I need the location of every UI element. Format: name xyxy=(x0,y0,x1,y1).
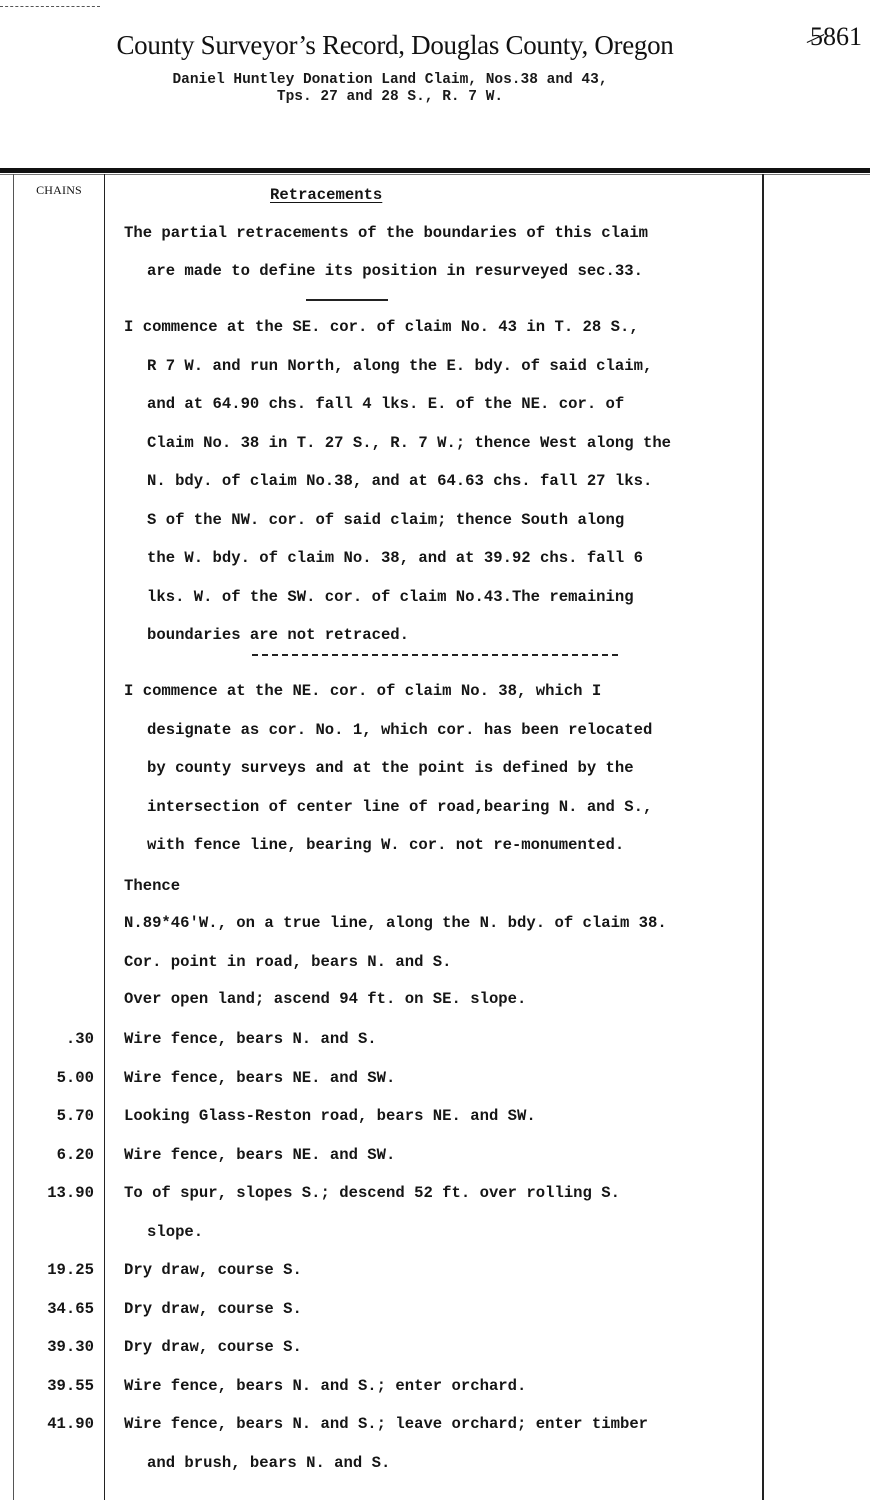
paragraph-line: the W. bdy. of claim No. 38, and at 39.9… xyxy=(147,549,643,567)
chains-column-divider xyxy=(104,174,105,1500)
field-entry: Wire fence, bears N. and S. xyxy=(124,1030,377,1048)
field-entry: Looking Glass-Reston road, bears NE. and… xyxy=(124,1107,536,1125)
intro-line: The partial retracements of the boundari… xyxy=(124,224,648,242)
field-entry: Wire fence, bears N. and S.; enter orcha… xyxy=(124,1377,526,1395)
field-entry: Wire fence, bears NE. and SW. xyxy=(124,1146,395,1164)
chains-value: 19.25 xyxy=(47,1261,94,1279)
chains-value: 6.20 xyxy=(57,1146,94,1164)
field-entry: Dry draw, course S. xyxy=(124,1300,302,1318)
paragraph-line: and at 64.90 chs. fall 4 lks. E. of the … xyxy=(147,395,624,413)
struck-digit: 5 xyxy=(810,22,823,51)
paragraph-line: N. bdy. of claim No.38, and at 64.63 chs… xyxy=(147,472,652,490)
field-entry: Dry draw, course S. xyxy=(124,1261,302,1279)
table-top-rule xyxy=(0,168,870,173)
chains-value: 5.70 xyxy=(57,1107,94,1125)
section-title: Retracements xyxy=(270,186,382,204)
chains-value: .30 xyxy=(66,1030,94,1048)
paragraph-line: intersection of center line of road,bear… xyxy=(147,798,652,816)
section-divider-solid xyxy=(306,299,388,301)
paragraph-line: designate as cor. No. 1, which cor. has … xyxy=(147,721,652,739)
table-top-rule-thin xyxy=(0,174,870,175)
paragraph-line: boundaries are not retraced. xyxy=(147,626,409,644)
paragraph-line: Claim No. 38 in T. 27 S., R. 7 W.; thenc… xyxy=(147,434,671,452)
chains-value: 5.00 xyxy=(57,1069,94,1087)
open-land-line: Over open land; ascend 94 ft. on SE. slo… xyxy=(124,990,526,1008)
right-margin-line xyxy=(762,174,764,1500)
chains-value: 39.55 xyxy=(47,1377,94,1395)
paragraph-line: I commence at the SE. cor. of claim No. … xyxy=(124,318,639,336)
paragraph-line: I commence at the NE. cor. of claim No. … xyxy=(124,682,601,700)
page-number-digits: 861 xyxy=(823,22,862,51)
field-entry: Wire fence, bears N. and S.; leave orcha… xyxy=(124,1415,648,1433)
thence-line: Thence xyxy=(124,877,180,895)
intro-line: are made to define its position in resur… xyxy=(147,262,643,280)
claim-subtitle-line-1: Daniel Huntley Donation Land Claim, Nos.… xyxy=(0,72,780,89)
corner-point-line: Cor. point in road, bears N. and S. xyxy=(124,953,452,971)
paragraph-line: lks. W. of the SW. cor. of claim No.43.T… xyxy=(147,588,634,606)
paragraph-line: with fence line, bearing W. cor. not re-… xyxy=(147,836,624,854)
paragraph-line: R 7 W. and run North, along the E. bdy. … xyxy=(147,357,652,375)
paragraph-line: S of the NW. cor. of said claim; thence … xyxy=(147,511,624,529)
record-title: County Surveyor’s Record, Douglas County… xyxy=(0,30,790,61)
field-entry: To of spur, slopes S.; descend 52 ft. ov… xyxy=(124,1184,620,1202)
chains-value: 41.90 xyxy=(47,1415,94,1433)
chains-value: 13.90 xyxy=(47,1184,94,1202)
field-entry-continuation: slope. xyxy=(147,1223,203,1241)
paragraph-line: by county surveys and at the point is de… xyxy=(147,759,634,777)
chains-column-header: CHAINS xyxy=(14,183,104,198)
section-divider-dashed xyxy=(252,654,618,656)
chains-value: 34.65 xyxy=(47,1300,94,1318)
left-margin-line xyxy=(13,174,14,1500)
chains-value: 39.30 xyxy=(47,1338,94,1356)
claim-subtitle-line-2: Tps. 27 and 28 S., R. 7 W. xyxy=(0,89,780,106)
field-entry: Dry draw, course S. xyxy=(124,1338,302,1356)
page-number: 5861 xyxy=(810,22,862,52)
scan-edge-mark xyxy=(0,6,100,8)
field-entry: Wire fence, bears NE. and SW. xyxy=(124,1069,395,1087)
field-entry-continuation: and brush, bears N. and S. xyxy=(147,1454,390,1472)
course-line: N.89*46'W., on a true line, along the N.… xyxy=(124,914,667,932)
